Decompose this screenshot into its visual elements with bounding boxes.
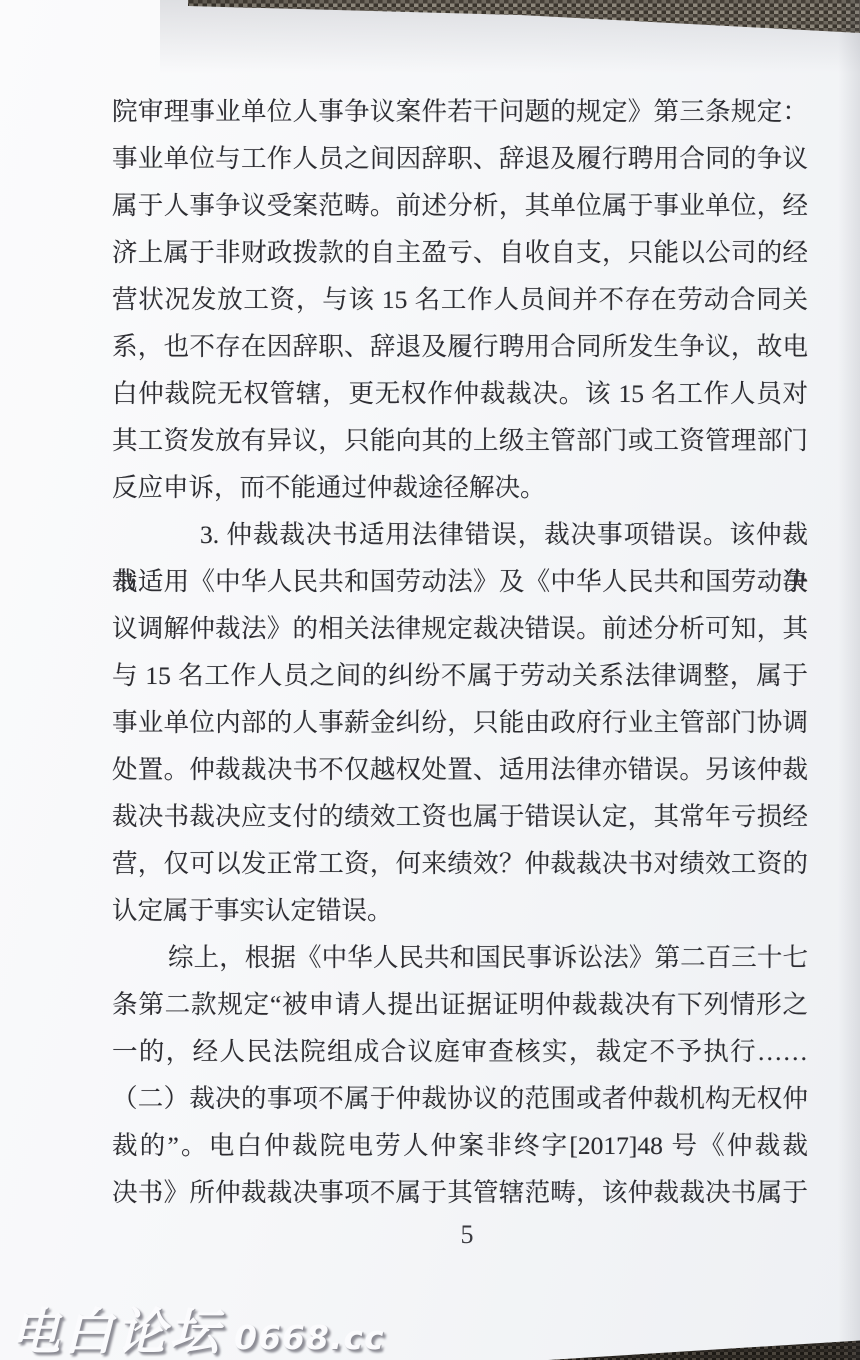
text-line: 议调解仲裁法》的相关法律规定裁决错误。前述分析可知，其: [112, 605, 808, 652]
text-line: 处置。仲裁裁决书不仅越权处置、适用法律亦错误。另该仲裁: [112, 746, 808, 793]
text-line: 白仲裁院无权管辖，更无权作仲裁裁决。该 15 名工作人员对: [112, 370, 808, 417]
text-line: 裁决书裁决应支付的绩效工资也属于错误认定，其常年亏损经: [112, 793, 808, 840]
text-line: 条第二款规定“被申请人提出证据证明仲裁裁决有下列情形之: [112, 981, 808, 1028]
watermark: 电白论坛 0668.cc: [10, 1292, 385, 1360]
text-line: 营状况发放工资，与该 15 名工作人员间并不存在劳动合同关: [112, 276, 808, 323]
text-line: 济上属于非财政拨款的自主盈亏、自收自支，只能以公司的经: [112, 229, 808, 276]
text-line: 其工资发放有异议，只能向其的上级主管部门或工资管理部门: [112, 417, 808, 464]
text-line: 与 15 名工作人员之间的纠纷不属于劳动关系法律调整，属于: [112, 652, 808, 699]
document-body: 院审理事业单位人事争议案件若干问题的规定》第三条规定：事业单位与工作人员之间因辞…: [112, 88, 808, 1216]
text-line: 事业单位与工作人员之间因辞职、辞退及履行聘用合同的争议: [112, 135, 808, 182]
text-line: 营，仅可以发正常工资，何来绩效？仲裁裁决书对绩效工资的: [112, 840, 808, 887]
text-line: 综上，根据《中华人民共和国民事诉讼法》第二百三十七: [112, 934, 808, 981]
paper-right-edge-shade: [838, 0, 860, 1360]
text-line: 事业单位内部的人事薪金纠纷，只能由政府行业主管部门协调: [112, 699, 808, 746]
text-line: 决书》所仲裁裁决事项不属于其管辖范畴，该仲裁裁决书属于: [112, 1169, 808, 1216]
text-line: 院审理事业单位人事争议案件若干问题的规定》第三条规定：: [112, 88, 808, 135]
text-line: 一的，经人民法院组成合议庭审查核实，裁定不予执行……: [112, 1028, 808, 1075]
scanned-page: 院审理事业单位人事争议案件若干问题的规定》第三条规定：事业单位与工作人员之间因辞…: [0, 0, 860, 1360]
text-line: 裁的”。电白仲裁院电劳人仲案非终字[2017]48 号《仲裁裁: [112, 1122, 808, 1169]
text-line: 反应申诉，而不能通过仲裁途径解决。: [112, 464, 808, 511]
text-line: 系，也不存在因辞职、辞退及履行聘用合同所发生争议，故电: [112, 323, 808, 370]
text-line: 书适用《中华人民共和国劳动法》及《中华人民共和国劳动争: [112, 558, 808, 605]
text-line: 认定属于事实认定错误。: [112, 887, 808, 934]
text-line: 3. 仲裁裁决书适用法律错误，裁决事项错误。该仲裁裁决: [112, 511, 808, 558]
watermark-site-url: 0668.cc: [234, 1318, 385, 1357]
text-line: （二）裁决的事项不属于仲裁协议的范围或者仲裁机构无权仲: [112, 1075, 808, 1122]
watermark-site-name: 电白论坛: [10, 1292, 222, 1360]
table-surface-bottom: [548, 1337, 860, 1360]
page-number: 5: [452, 1220, 482, 1250]
text-line: 属于人事争议受案范畴。前述分析，其单位属于事业单位，经: [112, 182, 808, 229]
